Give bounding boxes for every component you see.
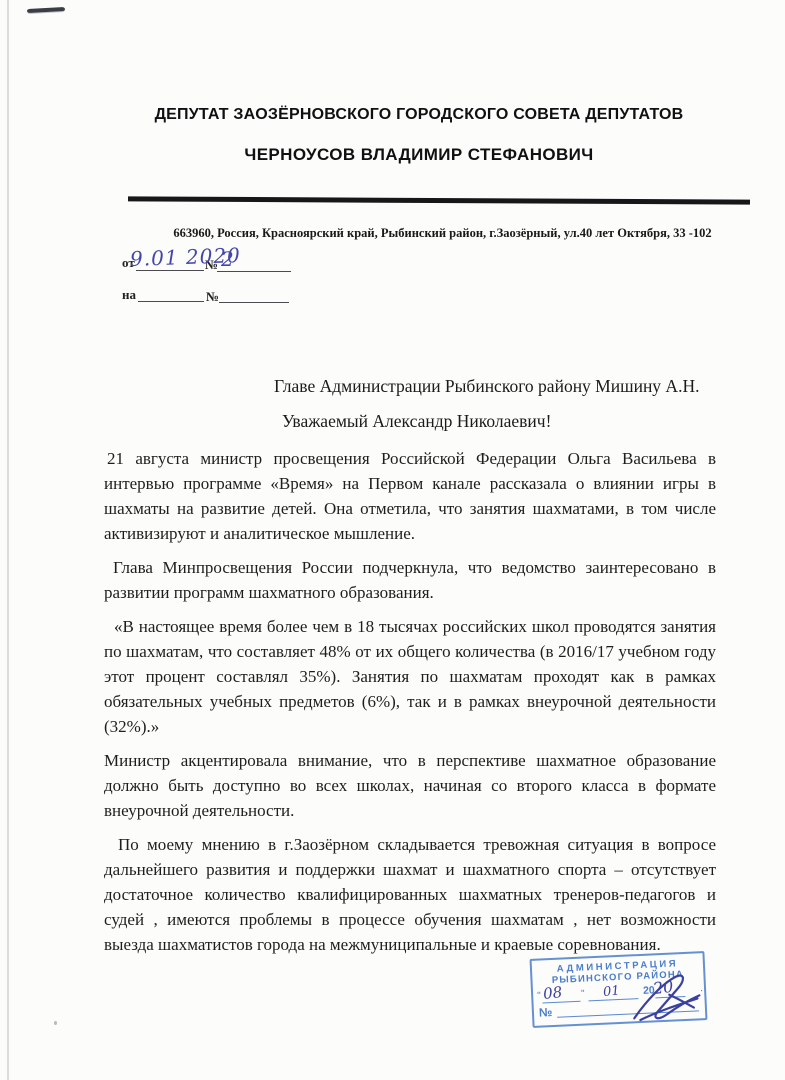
- scan-speck-artifact: [54, 1021, 57, 1025]
- letter-paragraph-3: «В настоящее время более чем в 18 тысяча…: [104, 614, 716, 739]
- pen-mark-artifact: [27, 7, 65, 13]
- na-blank-line: [138, 300, 204, 302]
- stamp-handwritten-day: 08: [542, 983, 563, 1003]
- stamp-number-label: №: [539, 1005, 553, 1020]
- letter-paragraph-4: Министр акцентировала внимание, что в пе…: [104, 748, 716, 823]
- na-number-label: №: [206, 289, 219, 305]
- deputy-name: ЧЕРНОУСОВ ВЛАДИМИР СТЕФАНОВИЧ: [54, 145, 784, 165]
- letter-body: 21 августа министр просвещения Российско…: [104, 446, 716, 966]
- divider-rule: [128, 196, 750, 204]
- addressee-line: Главе Администрации Рыбинского району Ми…: [274, 376, 699, 397]
- letterhead: ДЕПУТАТ ЗАОЗЁРНОВСКОГО ГОРОДСКОГО СОВЕТА…: [54, 106, 784, 165]
- contact-address: 663960, Россия, Красноярский край, Рыбин…: [100, 226, 785, 241]
- salutation-line: Уважаемый Александр Николаевич!: [282, 411, 551, 432]
- stamp-handwritten-month: 01: [602, 984, 620, 1001]
- stamp-quote-open: ": [537, 991, 541, 1002]
- handwritten-number: 2: [221, 247, 234, 271]
- scanned-letter-page: ДЕПУТАТ ЗАОЗЁРНОВСКОГО ГОРОДСКОГО СОВЕТА…: [0, 0, 785, 1080]
- letter-paragraph-1: 21 августа министр просвещения Российско…: [104, 446, 716, 546]
- letter-paragraph-2: Глава Минпросвещения России подчеркнула,…: [104, 555, 716, 605]
- signature-scribble: [626, 971, 706, 1024]
- scan-edge-artifact: [7, 0, 9, 1080]
- letterhead-title: ДЕПУТАТ ЗАОЗЁРНОВСКОГО ГОРОДСКОГО СОВЕТА…: [54, 106, 784, 124]
- registration-stamp: АДМИНИСТРАЦИЯ РЫБИНСКОГО РАЙОНА " " 20 .…: [530, 951, 708, 1028]
- na-number-line: [219, 301, 289, 303]
- letter-paragraph-5: По моему мнению в г.Заозёрном складывает…: [104, 832, 716, 957]
- na-label: на: [122, 287, 136, 303]
- stamp-quote-close: ": [581, 989, 585, 1000]
